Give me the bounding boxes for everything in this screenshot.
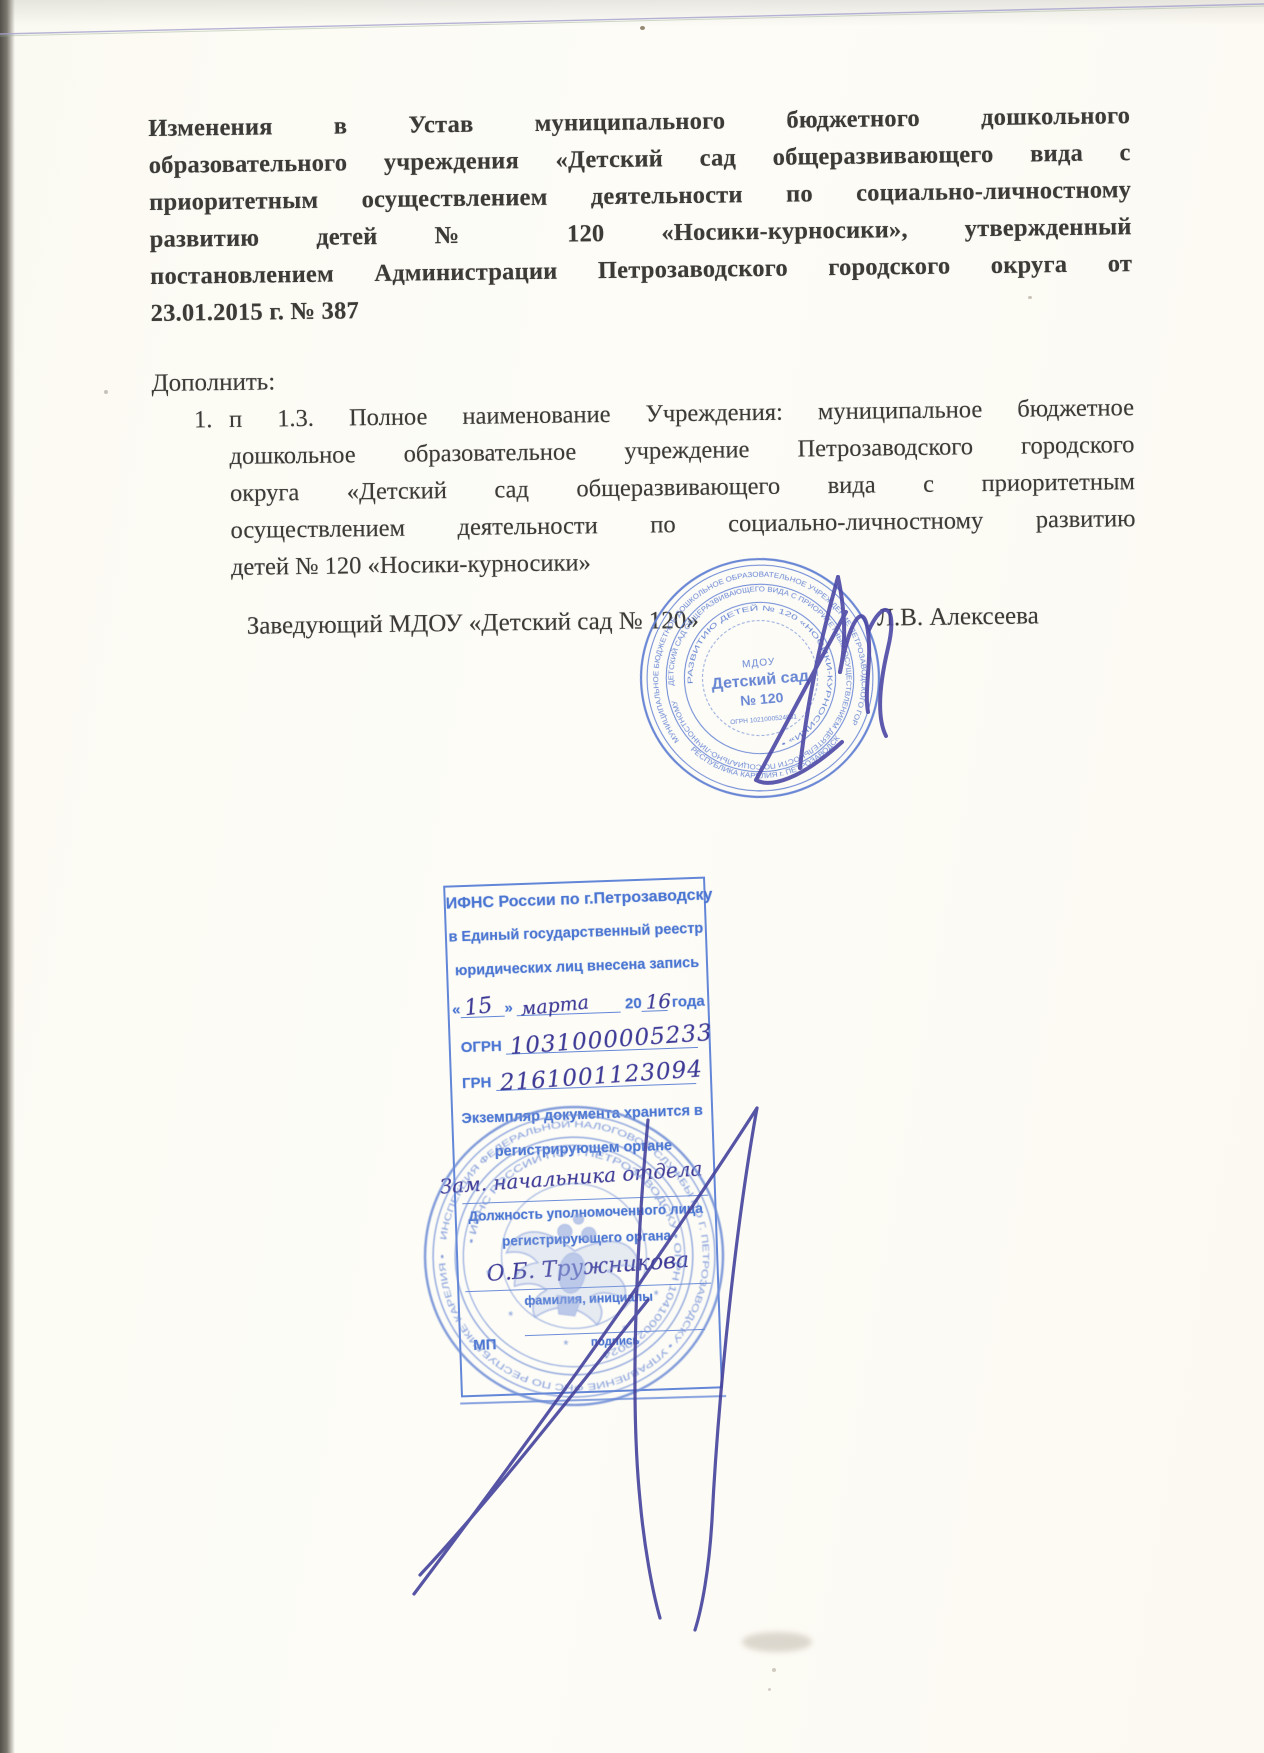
list-item: 1. п 1.3. Полное наименование Учреждения… (152, 389, 1136, 587)
seal-center-ogrn: ОГРН 1021000524831 (730, 713, 798, 726)
handwritten-day: 15 (463, 993, 494, 1021)
scan-smudge (742, 1632, 812, 1652)
date-suffix: года (672, 993, 705, 1011)
date-close-quote: » (504, 999, 513, 1016)
document-title: Изменения в Устав муниципального бюджетн… (148, 97, 1133, 332)
scanned-document-page: Изменения в Устав муниципального бюджетн… (0, 0, 1264, 1753)
document-text-block: Изменения в Устав муниципального бюджетн… (148, 97, 1137, 642)
date-month-field: марта (517, 994, 622, 1017)
seal-star: * (621, 1322, 628, 1338)
eagle-emblem (499, 1206, 646, 1329)
seal-star: * (507, 1308, 514, 1324)
seal-star: * (485, 1267, 492, 1283)
handwritten-month: марта (520, 991, 591, 1020)
seal-star: * (652, 1287, 659, 1303)
seal-center-abbr: МДОУ (742, 657, 776, 671)
seal-center-number: № 120 (740, 689, 785, 709)
grn-field: 2161001123094 (495, 1065, 696, 1091)
ogrn-label: ОГРН (461, 1038, 503, 1056)
seal-star: * (562, 1337, 569, 1353)
scan-left-edge (0, 0, 15, 1753)
date-day-field: 15 (460, 998, 505, 1019)
fns-round-seal: ИНСПЕКЦИЯ ФЕДЕРАЛЬНОЙ НАЛОГОВОЙ СЛУЖБЫ П… (400, 1082, 748, 1430)
dust-speck (772, 1668, 776, 1672)
scan-top-shadow (0, 0, 1264, 26)
handwritten-grn: 2161001123094 (499, 1056, 704, 1096)
stamp-line: в Единый государственный реестр (447, 921, 705, 946)
ogrn-field: 1031000005233 (506, 1029, 699, 1055)
dust-speck (640, 26, 645, 30)
stamp-ogrn-row: ОГРН 1031000005233 (450, 1029, 709, 1057)
kindergarten-round-seal: МУНИЦИПАЛЬНОЕ БЮДЖЕТНОЕ ДОШКОЛЬНОЕ ОБРАЗ… (623, 541, 896, 814)
seal-center-name: Детский сад (711, 667, 810, 693)
dust-speck (104, 390, 108, 394)
stamp-date-row: «15» марта 2016 года (449, 991, 708, 1019)
handwritten-year: 16 (645, 989, 671, 1014)
signatory-name: Л.В. Алексеева (877, 602, 1039, 632)
dust-speck (768, 1688, 771, 1691)
list-item-number: 1. (194, 401, 213, 438)
date-century: 20 (625, 995, 642, 1013)
stamp-header: ИФНС России по г.Петрозаводску (445, 887, 703, 914)
handwritten-ogrn: 1031000005233 (509, 1020, 714, 1060)
stamp-line: юридических лиц внесена запись (448, 955, 706, 980)
date-year-field: 16 (641, 992, 668, 1012)
